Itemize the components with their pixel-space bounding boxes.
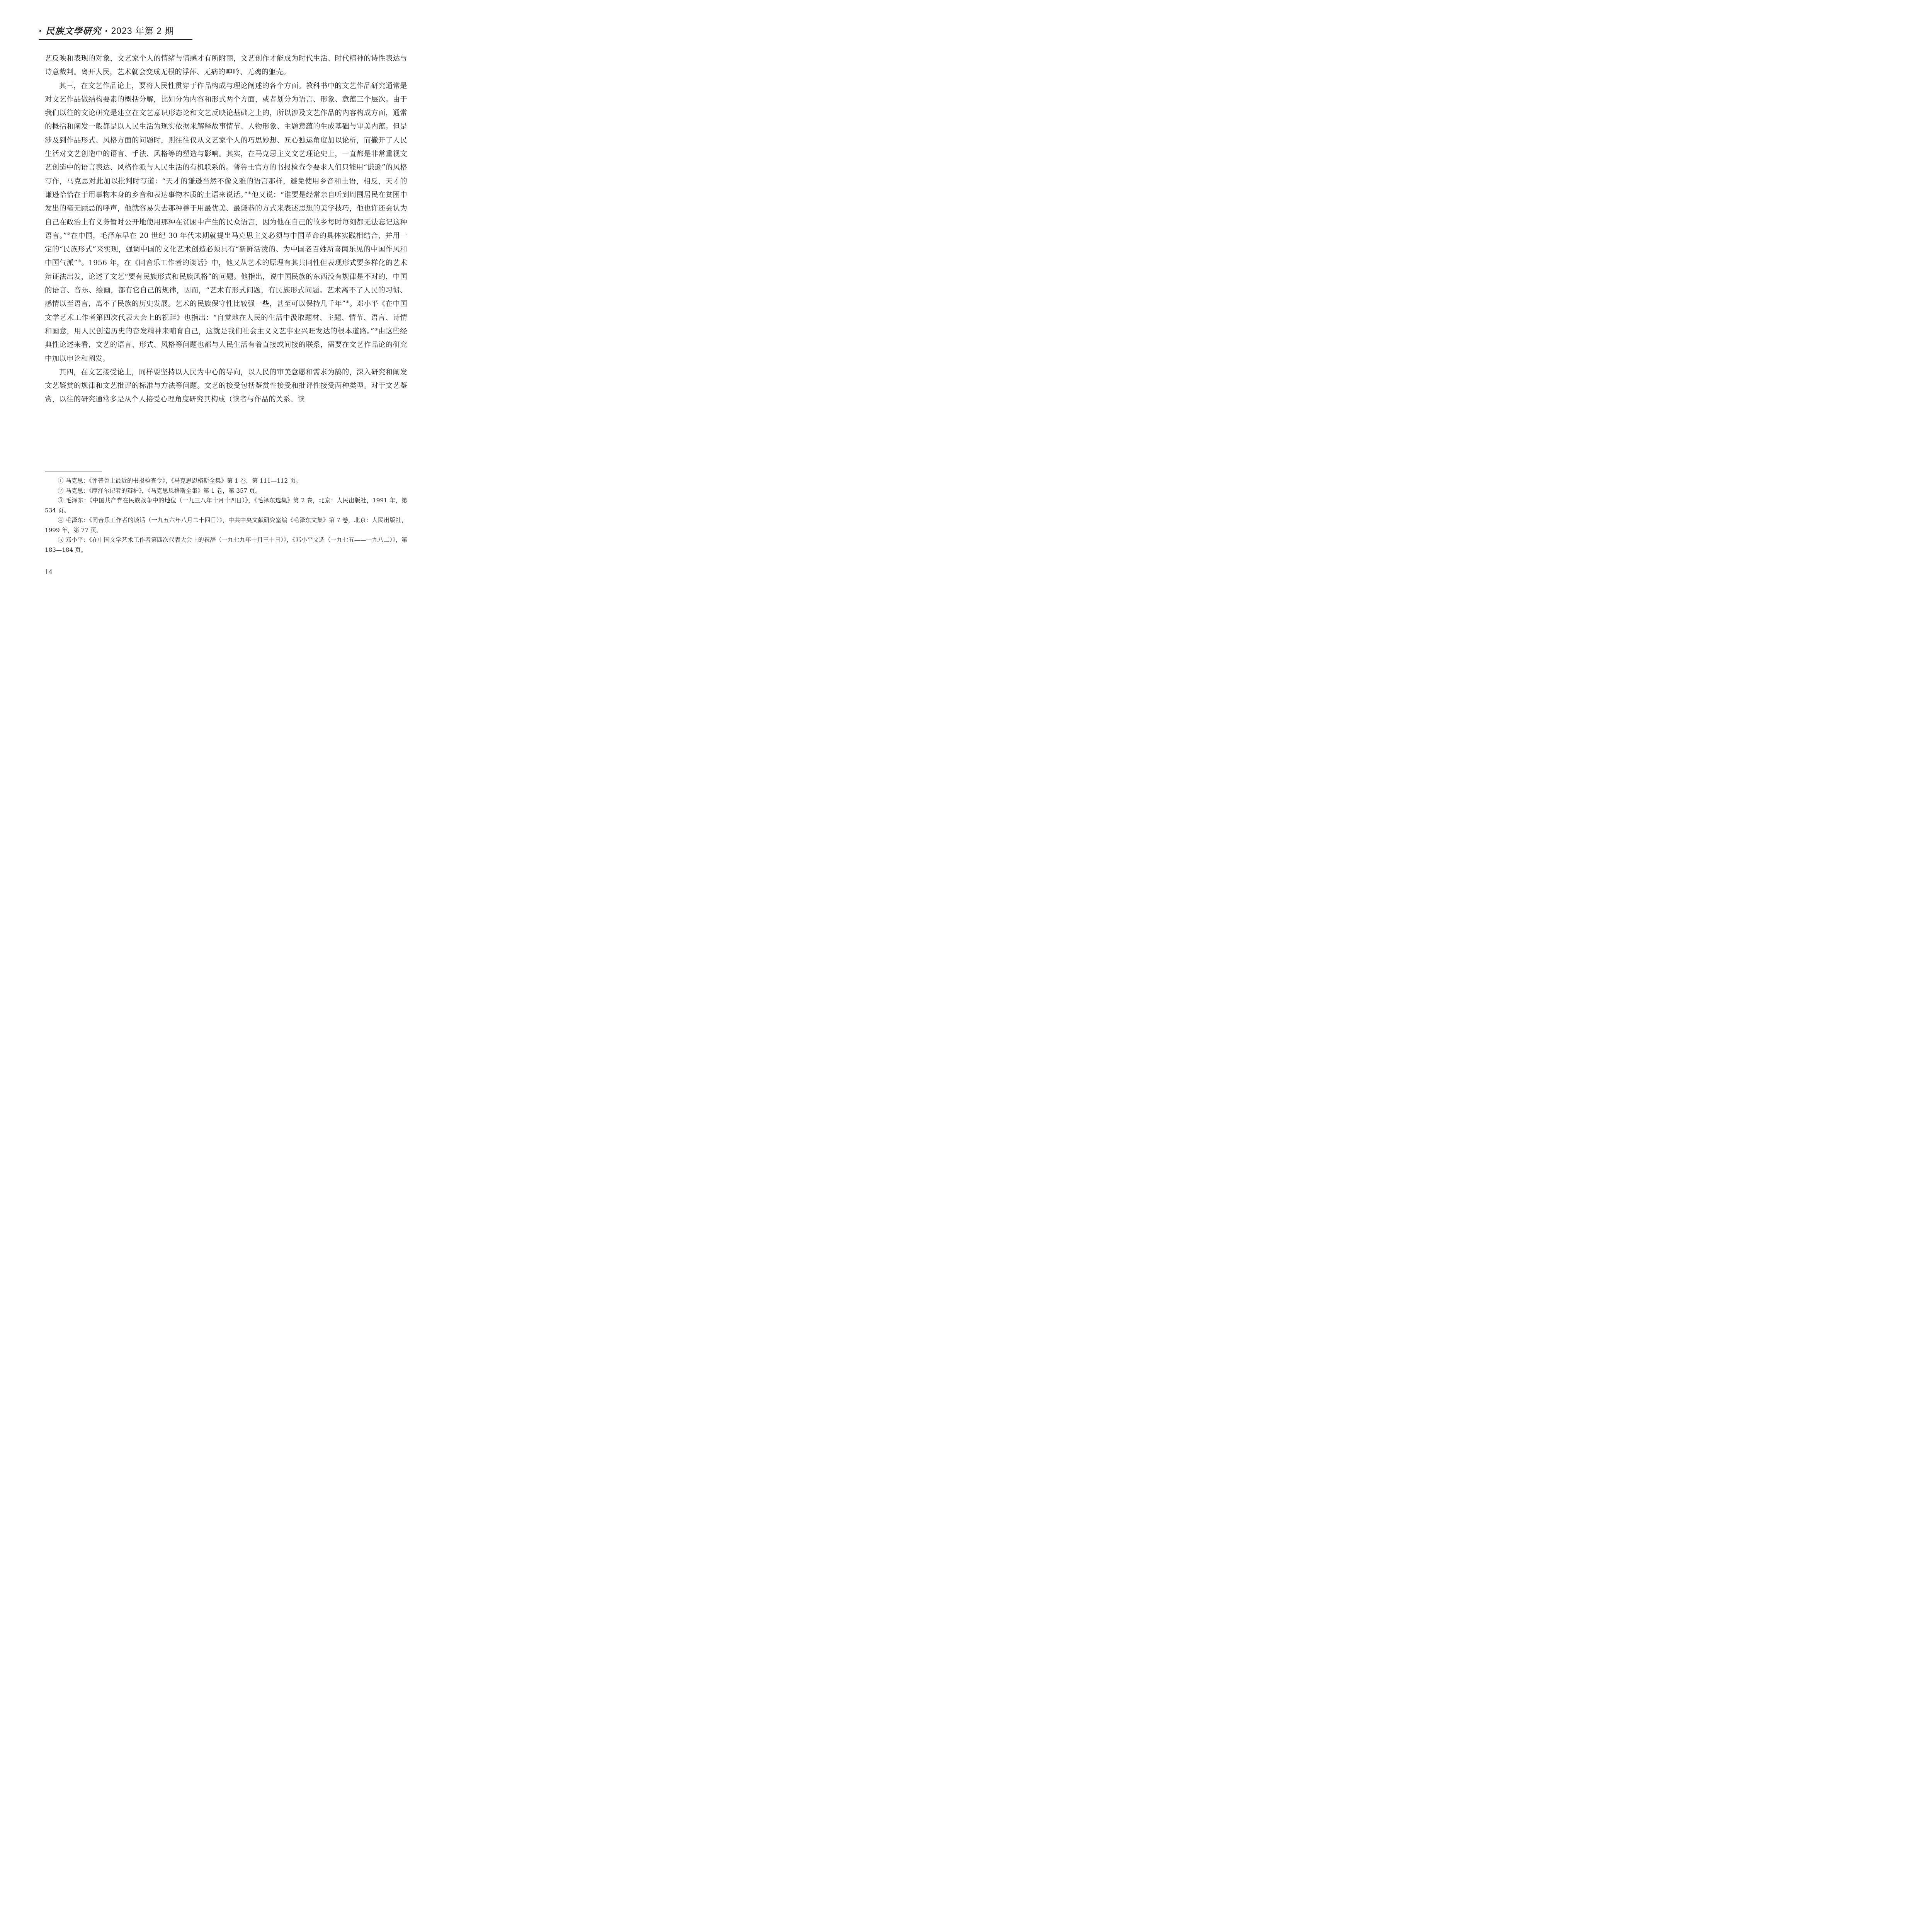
page-number: 14	[45, 568, 52, 577]
footnote-ref-4[interactable]: ④	[346, 300, 349, 304]
footnote-mark: ③	[58, 497, 63, 504]
footnote-ref-1[interactable]: ①	[248, 191, 251, 196]
footnote-ref-2[interactable]: ②	[67, 232, 71, 236]
journal-name: · 民族文學研究 ·	[39, 26, 108, 36]
footnote-text: 毛泽东：《同音乐工作者的谈话（一九五六年八月二十四日）》，中共中央文献研究室编《…	[45, 517, 407, 534]
footnote-mark: ②	[58, 487, 63, 494]
paragraph-2-seg-1: 其三，在文艺作品论上，要将人民性贯穿于作品构成与理论阐述的各个方面。教科书中的文…	[45, 82, 407, 199]
footnote-3: ③ 毛泽东：《中国共产党在民族战争中的地位（一九三八年十月十四日）》，《毛泽东选…	[45, 496, 407, 515]
footnote-mark: ①	[58, 477, 63, 484]
footnote-mark: ④	[58, 517, 63, 524]
footnote-1: ① 马克思：《评普鲁士最近的书报检查令》，《马克思恩格斯全集》第 1 卷，第 1…	[45, 476, 407, 486]
footnote-2: ② 马克思：《摩泽尔记者的辩护》，《马克思恩格斯全集》第 1 卷，第 357 页…	[45, 486, 407, 496]
footnote-ref-3[interactable]: ③	[78, 259, 81, 264]
header-rule	[39, 39, 192, 40]
footnote-4: ④ 毛泽东：《同音乐工作者的谈话（一九五六年八月二十四日）》，中共中央文献研究室…	[45, 515, 407, 535]
paragraph-1: 艺反映和表现的对象，文艺家个人的情绪与情感才有所附丽，文艺创作才能成为时代生活、…	[45, 52, 407, 79]
running-header: · 民族文學研究 · 2023 年第 2 期	[39, 25, 192, 40]
footnote-text: 马克思：《评普鲁士最近的书报检查令》，《马克思恩格斯全集》第 1 卷，第 111…	[64, 477, 302, 484]
paragraph-3: 其四，在文艺接受论上，同样要坚持以人民为中心的导向，以人民的审美意愿和需求为鹄的…	[45, 366, 407, 406]
footnote-5: ⑤ 邓小平：《在中国文学艺术工作者第四次代表大会上的祝辞（一九七九年十月三十日）…	[45, 535, 407, 555]
footnote-text: 毛泽东：《中国共产党在民族战争中的地位（一九三八年十月十四日）》，《毛泽东选集》…	[45, 497, 407, 514]
footnote-rule	[45, 471, 102, 471]
body-text: 艺反映和表现的对象，文艺家个人的情绪与情感才有所附丽，文艺创作才能成为时代生活、…	[45, 52, 407, 406]
footnote-text: 马克思：《摩泽尔记者的辩护》，《马克思恩格斯全集》第 1 卷，第 357 页。	[64, 487, 261, 494]
header-text: · 民族文學研究 · 2023 年第 2 期	[39, 25, 192, 37]
footnote-text: 邓小平：《在中国文学艺术工作者第四次代表大会上的祝辞（一九七九年十月三十日）》，…	[45, 536, 407, 553]
paragraph-2: 其三，在文艺作品论上，要将人民性贯穿于作品构成与理论阐述的各个方面。教科书中的文…	[45, 79, 407, 366]
footnote-mark: ⑤	[58, 536, 63, 543]
footnotes: ① 马克思：《评普鲁士最近的书报检查令》，《马克思恩格斯全集》第 1 卷，第 1…	[45, 476, 407, 555]
issue-label: 2023 年第 2 期	[108, 26, 174, 36]
